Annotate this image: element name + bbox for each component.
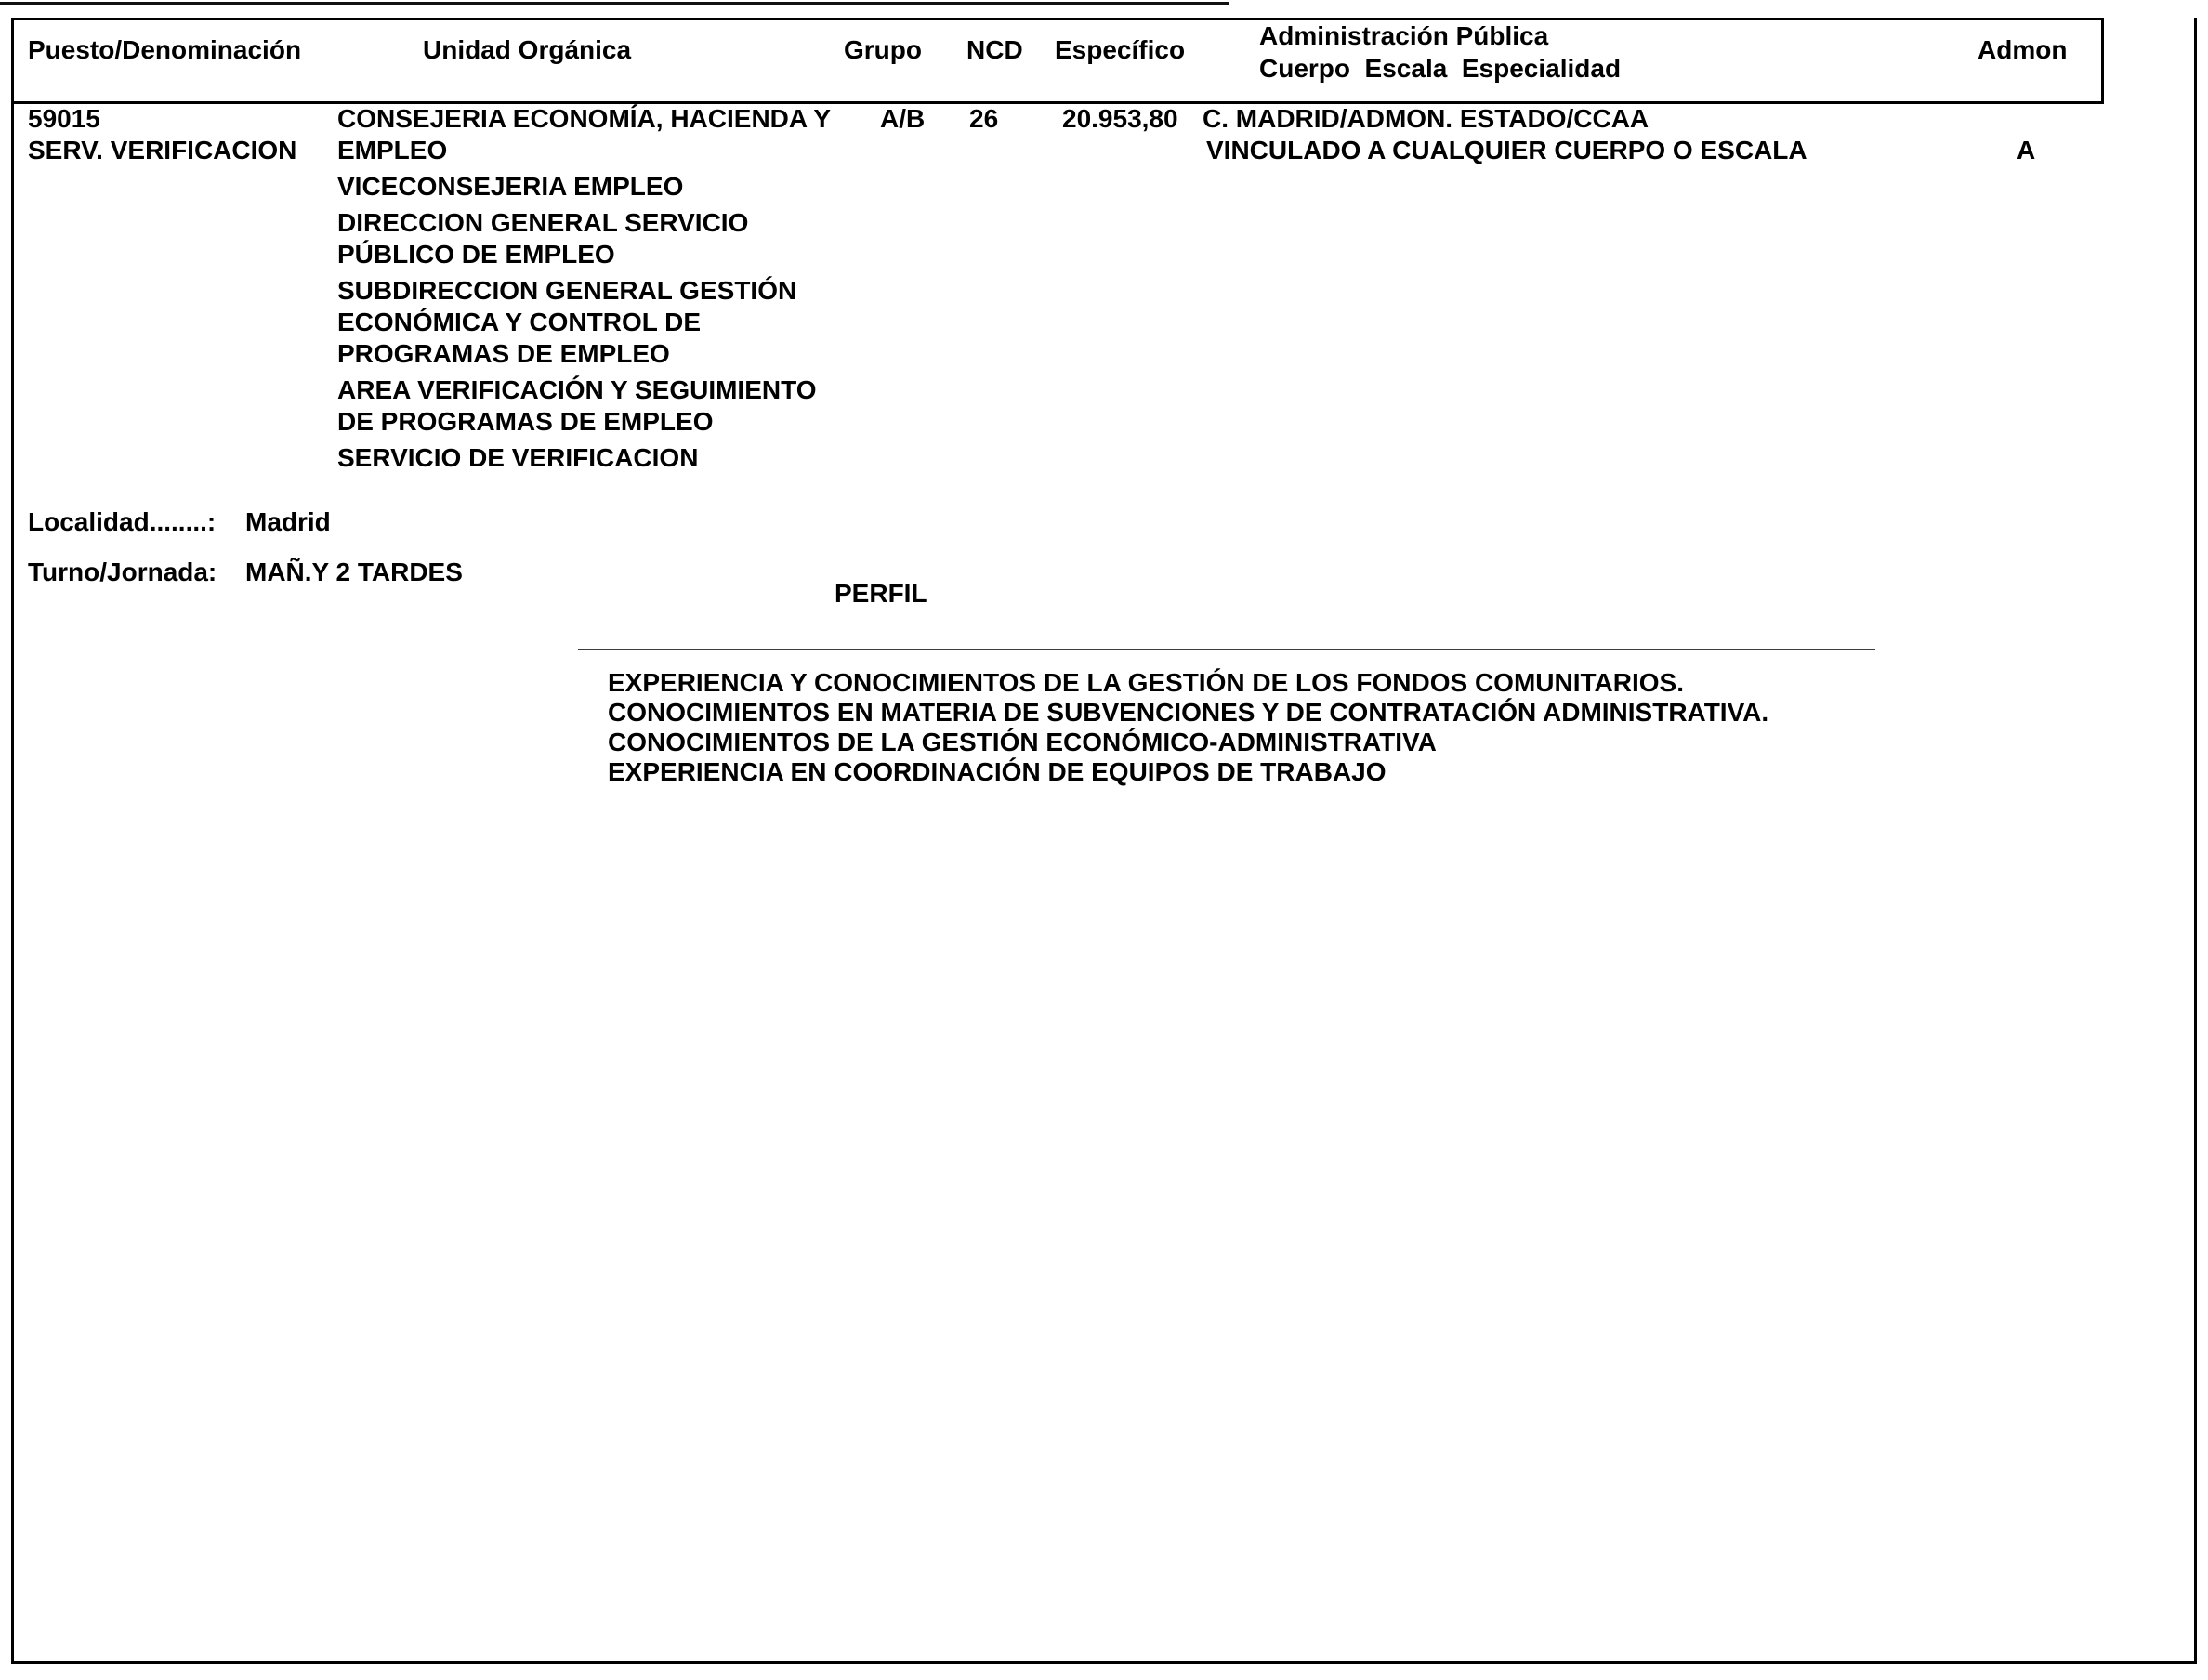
puesto-denominacion: SERV. VERIFICACION xyxy=(28,135,296,166)
localidad-value: Madrid xyxy=(245,506,331,537)
perfil-divider-rule xyxy=(578,649,1875,650)
unidad-organica-entry: SERVICIO DE VERIFICACION xyxy=(337,442,895,474)
administracion-publica-value: C. MADRID/ADMON. ESTADO/CCAA xyxy=(1203,103,1649,134)
scan-artifact-line xyxy=(0,2,1229,5)
unidad-organica-entry: VICECONSEJERIA EMPLEO xyxy=(337,171,895,203)
document-page: Puesto/Denominación Unidad Orgánica Grup… xyxy=(0,0,2208,1680)
unidad-line: SERVICIO DE VERIFICACION xyxy=(337,442,895,474)
unidad-organica-entry: CONSEJERIA ECONOMÍA, HACIENDA Y EMPLEO xyxy=(337,103,895,166)
unidad-line: PÚBLICO DE EMPLEO xyxy=(337,239,895,270)
turno-jornada-label: Turno/Jornada: xyxy=(28,557,217,587)
unidad-line: EMPLEO xyxy=(337,135,895,166)
unidad-organica-entry: SUBDIRECCION GENERAL GESTIÓN ECONÓMICA Y… xyxy=(337,275,895,370)
puesto-codigo: 59015 xyxy=(28,103,296,135)
admon-value: A xyxy=(2017,135,2035,165)
ncd-value: 26 xyxy=(969,103,998,134)
cuerpo-escala-value: VINCULADO A CUALQUIER CUERPO O ESCALA xyxy=(1206,135,1807,165)
column-header-ncd: NCD xyxy=(966,34,1023,65)
perfil-title: PERFIL xyxy=(835,578,927,609)
unidad-line: VICECONSEJERIA EMPLEO xyxy=(337,171,895,203)
perfil-item: CONOCIMIENTOS EN MATERIA DE SUBVENCIONES… xyxy=(608,698,1768,728)
unidad-line: AREA VERIFICACIÓN Y SEGUIMIENTO xyxy=(337,374,895,406)
localidad-label: Localidad........: xyxy=(28,506,216,537)
perfil-item: EXPERIENCIA Y CONOCIMIENTOS DE LA GESTIÓ… xyxy=(608,668,1768,698)
unidad-line: ECONÓMICA Y CONTROL DE xyxy=(337,307,895,338)
puesto-denominacion-cell: 59015 SERV. VERIFICACION xyxy=(28,103,296,171)
perfil-item: EXPERIENCIA EN COORDINACIÓN DE EQUIPOS D… xyxy=(608,757,1768,787)
turno-jornada-value: MAÑ.Y 2 TARDES xyxy=(245,557,463,587)
column-header-especifico: Específico xyxy=(1055,34,1185,65)
column-header-admon: Admon xyxy=(1978,34,2067,65)
column-header-unidad: Unidad Orgánica xyxy=(423,34,631,65)
unidad-line: PROGRAMAS DE EMPLEO xyxy=(337,338,895,370)
unidad-line: DIRECCION GENERAL SERVICIO xyxy=(337,207,895,239)
unidad-organica-entry: AREA VERIFICACIÓN Y SEGUIMIENTO DE PROGR… xyxy=(337,374,895,438)
column-header-administracion-publica: Administración Pública xyxy=(1259,20,1548,51)
unidad-line: DE PROGRAMAS DE EMPLEO xyxy=(337,406,895,438)
column-header-grupo: Grupo xyxy=(844,34,922,65)
especifico-value: 20.953,80 xyxy=(1062,103,1178,134)
perfil-items: EXPERIENCIA Y CONOCIMIENTOS DE LA GESTIÓ… xyxy=(608,668,1768,787)
unidad-line: CONSEJERIA ECONOMÍA, HACIENDA Y xyxy=(337,103,895,135)
unidad-organica-cell: CONSEJERIA ECONOMÍA, HACIENDA Y EMPLEO V… xyxy=(337,103,895,479)
unidad-line: SUBDIRECCION GENERAL GESTIÓN xyxy=(337,275,895,307)
unidad-organica-entry: DIRECCION GENERAL SERVICIO PÚBLICO DE EM… xyxy=(337,207,895,270)
grupo-value: A/B xyxy=(880,103,925,134)
column-header-cuerpo-escala-especialidad: Cuerpo Escala Especialidad xyxy=(1259,53,1621,84)
perfil-item: CONOCIMIENTOS DE LA GESTIÓN ECONÓMICO-AD… xyxy=(608,728,1768,757)
column-header-puesto: Puesto/Denominación xyxy=(28,34,301,65)
